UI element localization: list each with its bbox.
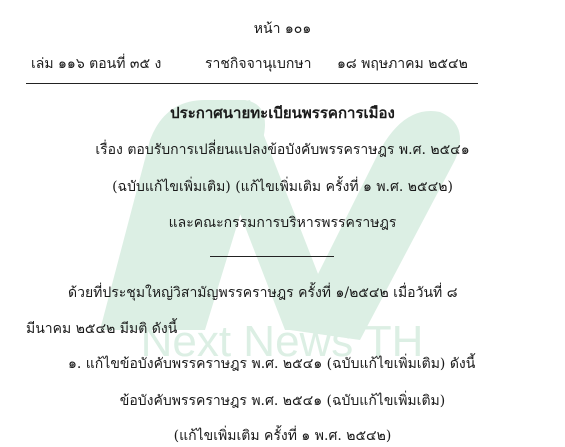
item-1-line-2: ข้อบังคับพรรคราษฎร พ.ศ. ๒๕๔๑ (ฉบับแก้ไขเ… xyxy=(0,392,565,410)
publication-name: ราชกิจจานุเบกษา xyxy=(205,55,311,73)
item-1-line-3: (แก้ไขเพิ่มเติม ครั้งที่ ๑ พ.ศ. ๒๕๔๒) xyxy=(0,427,565,445)
page-number: หน้า ๑๐๑ xyxy=(0,20,565,38)
paragraph-1-line-1: ด้วยที่ประชุมใหญ่วิสามัญพรรคราษฎร ครั้งท… xyxy=(68,284,458,302)
publication-date: ๑๘ พฤษภาคม ๒๕๔๒ xyxy=(337,55,468,73)
subject-line-3: และคณะกรรมการบริหารพรรคราษฎร xyxy=(0,214,565,232)
volume-issue: เล่ม ๑๑๖ ตอนที่ ๓๕ ง xyxy=(31,55,161,73)
announcement-title: ประกาศนายทะเบียนพรรคการเมือง xyxy=(0,104,565,122)
header-divider xyxy=(26,83,478,84)
gazette-page: หน้า ๑๐๑ เล่ม ๑๑๖ ตอนที่ ๓๕ ง ราชกิจจานุ… xyxy=(0,0,565,447)
subject-line-2: (ฉบับแก้ไขเพิ่มเติม) (แก้ไขเพิ่มเติม ครั… xyxy=(0,178,565,196)
subject-line-1: เรื่อง ตอบรับการเปลี่ยนแปลงข้อบังคับพรรค… xyxy=(0,141,565,159)
section-separator xyxy=(210,256,334,257)
paragraph-1-line-2: มีนาคม ๒๕๔๒ มีมติ ดังนี้ xyxy=(26,320,177,338)
item-1-line-1: ๑. แก้ไขข้อบังคับพรรคราษฎร พ.ศ. ๒๕๔๑ (ฉบ… xyxy=(68,355,475,373)
